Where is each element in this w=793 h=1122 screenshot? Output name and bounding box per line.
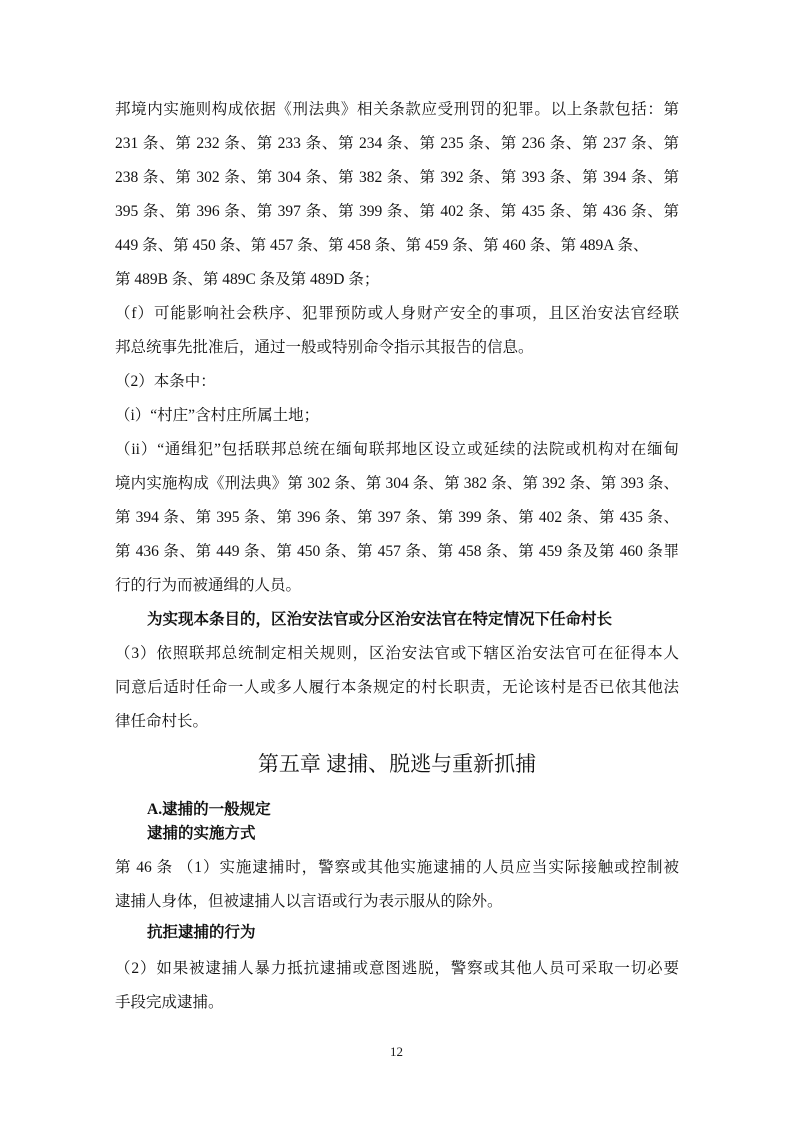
body-paragraph: （2）本条中： xyxy=(115,365,679,399)
text-line: 第 489B 条、第 489C 条及第 489D 条； xyxy=(115,263,679,297)
text-line: 律任命村长。 xyxy=(115,705,679,739)
body-paragraph: （i）“村庄”含村庄所属土地； xyxy=(115,399,679,433)
text-line: 邦总统事先批准后，通过一般或特别命令指示其报告的信息。 xyxy=(115,331,679,365)
text-line: 231 条、第 232 条、第 233 条、第 234 条、第 235 条、第 … xyxy=(115,127,679,161)
text-line: （2）本条中： xyxy=(115,365,679,399)
text-line: 行的行为而被通缉的人员。 xyxy=(115,569,679,603)
text-line: （ii）“通缉犯”包括联邦总统在缅甸联邦地区设立或延续的法院或机构对在缅甸 xyxy=(115,433,679,467)
document-page: 邦境内实施则构成依据《刑法典》相关条款应受刑罚的犯罪。以上条款包括：第231 条… xyxy=(0,0,793,1122)
text-line: 第 46 条 （1）实施逮捕时，警察或其他实施逮捕的人员应当实际接触或控制被 xyxy=(115,851,679,885)
text-line: （i）“村庄”含村庄所属土地； xyxy=(115,399,679,433)
section-subhead: 抗拒逮捕的行为 xyxy=(115,919,679,947)
section-subhead: 逮捕的实施方式 xyxy=(115,822,679,846)
text-line: 同意后适时任命一人或多人履行本条规定的村长职责，无论该村是否已依其他法 xyxy=(115,671,679,705)
text-line: 449 条、第 450 条、第 457 条、第 458 条、第 459 条、第 … xyxy=(115,229,679,263)
text-line: 第 394 条、第 395 条、第 396 条、第 397 条、第 399 条、… xyxy=(115,501,679,535)
body-paragraph: 邦境内实施则构成依据《刑法典》相关条款应受刑罚的犯罪。以上条款包括：第231 条… xyxy=(115,93,679,297)
text-line: 邦境内实施则构成依据《刑法典》相关条款应受刑罚的犯罪。以上条款包括：第 xyxy=(115,93,679,127)
body-paragraph: （3）依照联邦总统制定相关规则，区治安法官或下辖区治安法官可在征得本人同意后适时… xyxy=(115,637,679,739)
chapter-heading: 第五章 逮捕、脱逃与重新抓捕 xyxy=(115,744,679,784)
text-line: （3）依照联邦总统制定相关规则，区治安法官或下辖区治安法官可在征得本人 xyxy=(115,637,679,671)
text-line: 手段完成逮捕。 xyxy=(115,986,679,1020)
text-line: 395 条、第 396 条、第 397 条、第 399 条、第 402 条、第 … xyxy=(115,195,679,229)
text-line: （f）可能影响社会秩序、犯罪预防或人身财产安全的事项，且区治安法官经联 xyxy=(115,297,679,331)
text-line: 境内实施构成《刑法典》第 302 条、第 304 条、第 382 条、第 392… xyxy=(115,467,679,501)
body-paragraph: （ii）“通缉犯”包括联邦总统在缅甸联邦地区设立或延续的法院或机构对在缅甸境内实… xyxy=(115,433,679,603)
page-number: 12 xyxy=(0,1044,793,1060)
text-line: 第 436 条、第 449 条、第 450 条、第 457 条、第 458 条、… xyxy=(115,535,679,569)
text-line: 238 条、第 302 条、第 304 条、第 382 条、第 392 条、第 … xyxy=(115,161,679,195)
body-paragraph: （f）可能影响社会秩序、犯罪预防或人身财产安全的事项，且区治安法官经联邦总统事先… xyxy=(115,297,679,365)
body-paragraph: 第 46 条 （1）实施逮捕时，警察或其他实施逮捕的人员应当实际接触或控制被逮捕… xyxy=(115,851,679,919)
emphasis-line: 为实现本条目的，区治安法官或分区治安法官在特定情况下任命村长 xyxy=(115,603,679,637)
section-subhead: A.逮捕的一般规定 xyxy=(115,798,679,822)
document-content: 邦境内实施则构成依据《刑法典》相关条款应受刑罚的犯罪。以上条款包括：第231 条… xyxy=(115,0,679,1020)
text-line: （2）如果被逮捕人暴力抵抗逮捕或意图逃脱，警察或其他人员可采取一切必要 xyxy=(115,952,679,986)
body-paragraph: （2）如果被逮捕人暴力抵抗逮捕或意图逃脱，警察或其他人员可采取一切必要手段完成逮… xyxy=(115,952,679,1020)
text-line: 逮捕人身体，但被逮捕人以言语或行为表示服从的除外。 xyxy=(115,885,679,919)
